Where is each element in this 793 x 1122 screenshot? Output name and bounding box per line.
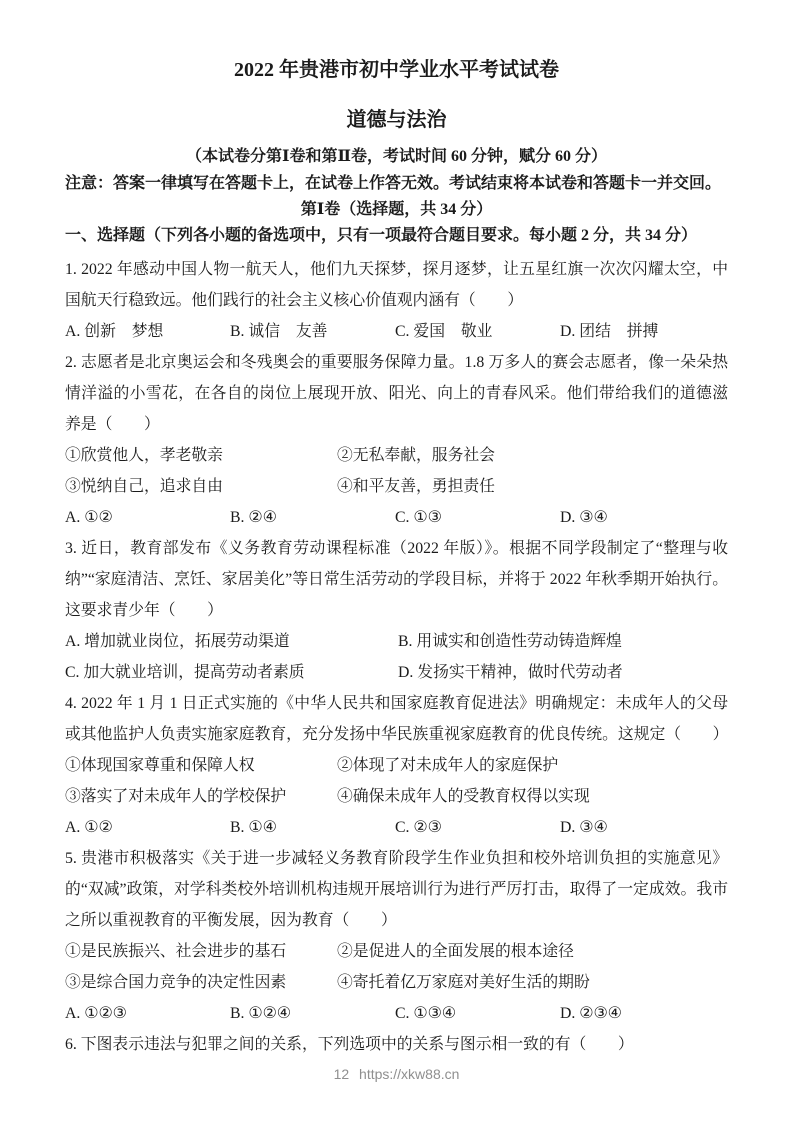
choice-option: B. 诚信 友善 [230,316,395,347]
choice-option: D. ②③④ [560,998,728,1029]
statement-row: ③落实了对未成年人的学校保护④确保未成年人的受教育权得以实现 [65,781,728,812]
volume-title: 第Ⅰ卷（选择题，共 34 分） [65,197,728,222]
statement-row: ③悦纳自己，追求自由④和平友善，勇担责任 [65,471,728,502]
statement-item: ①欣赏他人，孝老敬亲 [65,440,337,471]
question-1: 1. 2022 年感动中国人物一航天人，他们九天探梦，探月逐梦，让五星红旗一次次… [65,254,728,347]
page-title: 2022 年贵港市初中学业水平考试试卷 [65,56,728,84]
choice-row: A. ①②B. ①④C. ②③D. ③④ [65,812,728,843]
choice-option: B. ②④ [230,502,395,533]
choice-option: D. ③④ [560,812,728,843]
choice-row: A. 创新 梦想B. 诚信 友善C. 爱国 敬业D. 团结 拼搏 [65,316,728,347]
choice-option: B. ①④ [230,812,395,843]
question-stem: 5. 贵港市积极落实《关于进一步减轻义务教育阶段学生作业负担和校外培训负担的实施… [65,843,728,936]
page-number: 12 [334,1066,350,1082]
statement-item: ①是民族振兴、社会进步的基石 [65,936,337,967]
choice-option: C. ②③ [395,812,560,843]
statement-item: ③是综合国力竞争的决定性因素 [65,967,337,998]
choice-option: C. ①③ [395,502,560,533]
choice-option: A. ①② [65,502,230,533]
question-4: 4. 2022 年 1 月 1 日正式实施的《中华人民共和国家庭教育促进法》明确… [65,688,728,843]
choice-option: B. ①②④ [230,998,395,1029]
statement-item: ④确保未成年人的受教育权得以实现 [337,781,728,812]
choice-option: A. 增加就业岗位，拓展劳动渠道 [65,626,398,657]
question-stem: 1. 2022 年感动中国人物一航天人，他们九天探梦，探月逐梦，让五星红旗一次次… [65,254,728,316]
statement-row: ①是民族振兴、社会进步的基石②是促进人的全面发展的根本途径 [65,936,728,967]
choice-row: A. 增加就业岗位，拓展劳动渠道B. 用诚实和创造性劳动铸造辉煌 [65,626,728,657]
statement-row: ①欣赏他人，孝老敬亲②无私奉献，服务社会 [65,440,728,471]
question-2: 2. 志愿者是北京奥运会和冬残奥会的重要服务保障力量。1.8 万多人的赛会志愿者… [65,347,728,533]
choice-option: A. ①②③ [65,998,230,1029]
paper-info: （本试卷分第Ⅰ卷和第Ⅱ卷，考试时间 60 分钟，赋分 60 分） [65,144,728,169]
statement-row: ③是综合国力竞争的决定性因素④寄托着亿万家庭对美好生活的期盼 [65,967,728,998]
choice-option: C. ①③④ [395,998,560,1029]
choice-option: C. 加大就业培训，提高劳动者素质 [65,657,398,688]
question-stem: 2. 志愿者是北京奥运会和冬残奥会的重要服务保障力量。1.8 万多人的赛会志愿者… [65,347,728,440]
statement-row: ①体现国家尊重和保障人权②体现了对未成年人的家庭保护 [65,750,728,781]
statement-item: ②体现了对未成年人的家庭保护 [337,750,728,781]
choice-option: B. 用诚实和创造性劳动铸造辉煌 [398,626,728,657]
choice-row: A. ①②③B. ①②④C. ①③④D. ②③④ [65,998,728,1029]
question-stem: 3. 近日，教育部发布《义务教育劳动课程标准（2022 年版）》。根据不同学段制… [65,533,728,626]
subject-title: 道德与法治 [65,106,728,134]
statement-item: ④和平友善，勇担责任 [337,471,728,502]
choice-option: A. ①② [65,812,230,843]
statement-item: ③落实了对未成年人的学校保护 [65,781,337,812]
page-footer: 12 https://xkw88.cn [0,1066,793,1082]
exam-notice: 注意：答案一律填写在答题卡上，在试卷上作答无效。考试结束将本试卷和答题卡一并交回… [65,171,728,196]
question-stem: 4. 2022 年 1 月 1 日正式实施的《中华人民共和国家庭教育促进法》明确… [65,688,728,750]
choice-row: A. ①②B. ②④C. ①③D. ③④ [65,502,728,533]
question-6: 6. 下图表示违法与犯罪之间的关系，下列选项中的关系与图示相一致的有（ ） [65,1029,728,1060]
statement-item: ③悦纳自己，追求自由 [65,471,337,502]
section-heading: 一、选择题（下列各小题的备选项中，只有一项最符合题目要求。每小题 2 分，共 3… [65,223,728,248]
choice-option: D. ③④ [560,502,728,533]
statement-item: ④寄托着亿万家庭对美好生活的期盼 [337,967,728,998]
question-5: 5. 贵港市积极落实《关于进一步减轻义务教育阶段学生作业负担和校外培训负担的实施… [65,843,728,1029]
choice-option: C. 爱国 敬业 [395,316,560,347]
statement-item: ②是促进人的全面发展的根本途径 [337,936,728,967]
choice-option: D. 团结 拼搏 [560,316,728,347]
choice-option: D. 发扬实干精神，做时代劳动者 [398,657,728,688]
question-stem: 6. 下图表示违法与犯罪之间的关系，下列选项中的关系与图示相一致的有（ ） [65,1029,728,1060]
watermark-url: https://xkw88.cn [359,1066,459,1082]
statement-item: ①体现国家尊重和保障人权 [65,750,337,781]
questions-list: 1. 2022 年感动中国人物一航天人，他们九天探梦，探月逐梦，让五星红旗一次次… [65,254,728,1060]
exam-paper-page: 2022 年贵港市初中学业水平考试试卷 道德与法治 （本试卷分第Ⅰ卷和第Ⅱ卷，考… [0,0,793,1060]
question-3: 3. 近日，教育部发布《义务教育劳动课程标准（2022 年版）》。根据不同学段制… [65,533,728,688]
choice-row: C. 加大就业培训，提高劳动者素质D. 发扬实干精神，做时代劳动者 [65,657,728,688]
statement-item: ②无私奉献，服务社会 [337,440,728,471]
choice-option: A. 创新 梦想 [65,316,230,347]
